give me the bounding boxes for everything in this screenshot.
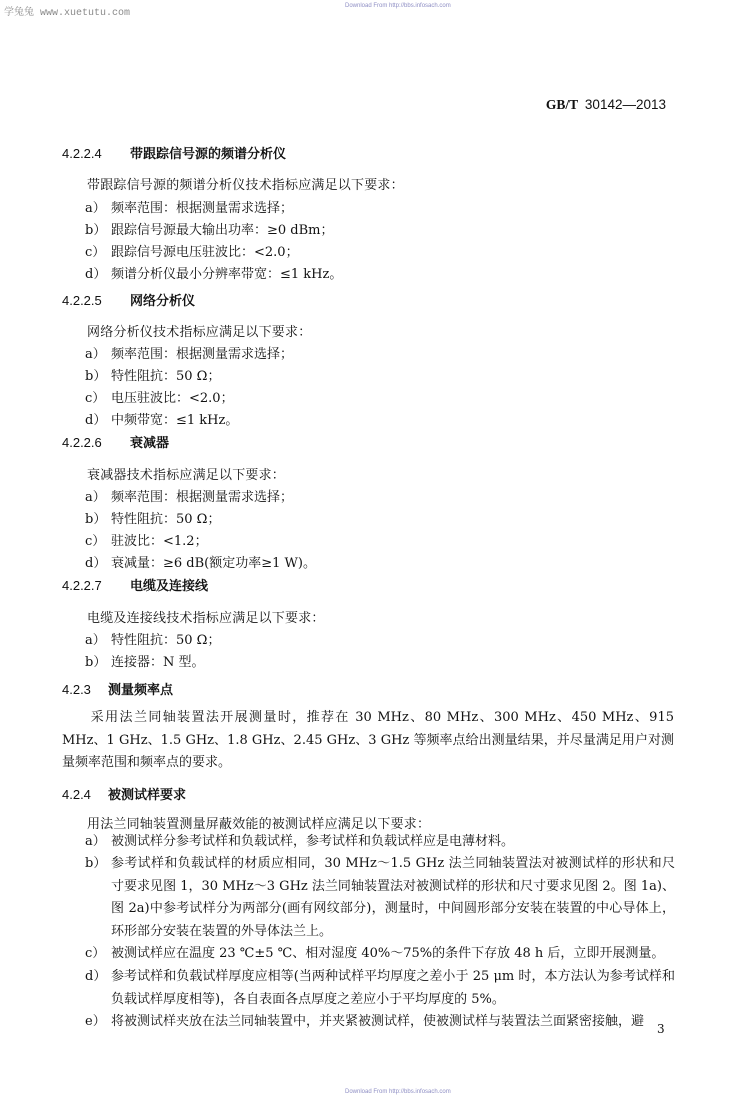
section-number: 4.2.2.7 [62, 578, 130, 593]
list-item: a）特性阻抗：50 Ω； [85, 629, 220, 648]
section-title: 衰减器 [130, 435, 169, 450]
standard-prefix: GB/T [546, 97, 578, 112]
section-heading-4-2-2-7: 4.2.2.7电缆及连接线 [62, 575, 208, 594]
standard-number: 30142—2013 [585, 97, 666, 112]
standard-code: GB/T 30142—2013 [546, 97, 666, 113]
list-item: b）特性阻抗：50 Ω； [85, 365, 220, 384]
section-intro: 电缆及连接线技术指标应满足以下要求： [87, 607, 325, 626]
section-number: 4.2.2.6 [62, 435, 130, 450]
list-item: b）特性阻抗：50 Ω； [85, 508, 220, 527]
section-heading-4-2-2-6: 4.2.2.6衰减器 [62, 432, 169, 451]
section-title: 网络分析仪 [130, 293, 195, 308]
section-number: 4.2.2.4 [62, 146, 130, 161]
section-heading-4-2-2-4: 4.2.2.4带跟踪信号源的频谱分析仪 [62, 143, 286, 162]
section-title: 带跟踪信号源的频谱分析仪 [130, 146, 286, 161]
list-item: d）参考试样和负载试样厚度应相等(当两种试样平均厚度之差小于 25 μm 时，本… [85, 966, 675, 1011]
list-item: b）连接器：N 型。 [85, 651, 205, 670]
watermark-bottom-center: Download From http://bbs.infosach.com [345, 1089, 451, 1095]
list-item: d）频谱分析仪最小分辨率带宽：≤1 kHz。 [85, 263, 342, 282]
section-number: 4.2.4 [62, 787, 108, 802]
list-item: b）参考试样和负载试样的材质应相同，30 MHz～1.5 GHz 法兰同轴装置法… [85, 853, 675, 943]
section-intro: 网络分析仪技术指标应满足以下要求： [87, 321, 311, 340]
section-intro: 用法兰同轴装置测量屏蔽效能的被测试样应满足以下要求： [87, 813, 430, 832]
section-intro: 带跟踪信号源的频谱分析仪技术指标应满足以下要求： [87, 174, 404, 193]
list-item: c）跟踪信号源电压驻波比：<2.0； [85, 241, 299, 260]
section-paragraph: 采用法兰同轴装置法开展测量时，推荐在 30 MHz、80 MHz、300 MHz… [62, 707, 674, 775]
section-number: 4.2.3 [62, 682, 108, 697]
watermark-top-center: Download From http://bbs.infosach.com [345, 3, 451, 9]
section-title: 测量频率点 [108, 682, 173, 697]
section-heading-4-2-4: 4.2.4被测试样要求 [62, 784, 186, 803]
page-number: 3 [657, 1022, 665, 1036]
list-item: a）频率范围：根据测量需求选择； [85, 486, 293, 505]
list-item: e）将被测试样夹放在法兰同轴装置中，并夹紧被测试样，使被测试样与装置法兰面紧密接… [85, 1011, 675, 1034]
section-heading-4-2-3: 4.2.3测量频率点 [62, 679, 173, 698]
section-title: 被测试样要求 [108, 787, 186, 802]
list-item: d）衰减量：≥6 dB(额定功率≥1 W)。 [85, 552, 316, 571]
list-item: c）电压驻波比：<2.0； [85, 387, 234, 406]
section-title: 电缆及连接线 [130, 578, 208, 593]
list-item: b）跟踪信号源最大输出功率：≥0 dBm； [85, 219, 334, 238]
section-heading-4-2-2-5: 4.2.2.5网络分析仪 [62, 290, 195, 309]
list-item: d）中频带宽：≤1 kHz。 [85, 409, 238, 428]
section-intro: 衰减器技术指标应满足以下要求： [87, 464, 285, 483]
list-item: a）被测试样分参考试样和负载试样，参考试样和负载试样应是电薄材料。 [85, 831, 675, 854]
watermark-top-left: 学兔兔 www.xuetutu.com [4, 3, 130, 19]
list-item: a）频率范围：根据测量需求选择； [85, 343, 293, 362]
section-number: 4.2.2.5 [62, 293, 130, 308]
list-item: a）频率范围：根据测量需求选择； [85, 197, 293, 216]
list-item: c）驻波比：<1.2； [85, 530, 208, 549]
list-item: c）被测试样应在温度 23 ℃±5 ℃、相对湿度 40%～75%的条件下存放 4… [85, 943, 675, 966]
